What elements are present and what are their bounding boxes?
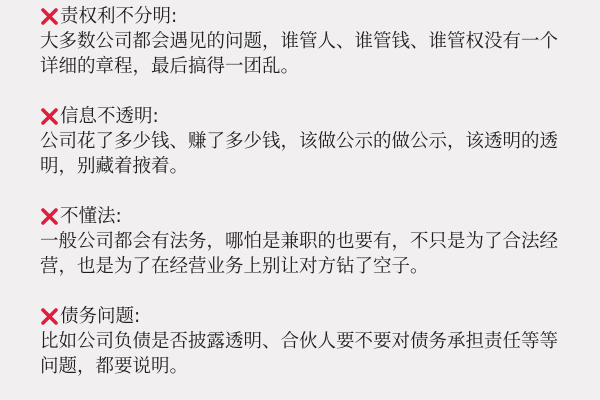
section-information: 信息不透明: 公司花了多少钱、赚了多少钱，该做公示的做公示，该透明的透 明，别藏… <box>40 104 600 179</box>
section-heading: 信息不透明: <box>40 104 600 129</box>
section-title: 不懂法: <box>60 204 122 229</box>
cross-mark-icon <box>40 107 59 126</box>
cross-mark-icon <box>40 307 59 326</box>
section-heading: 责权利不分明: <box>40 4 600 29</box>
body-line: 公司花了多少钱、赚了多少钱，该做公示的做公示，该透明的透 <box>40 129 568 154</box>
section-body: 大多数公司都会遇见的问题，谁管人、谁管钱、谁管权没有一个 详细的章程，最后搞得一… <box>40 29 568 79</box>
body-line: 比如公司负债是否披露透明、合伙人要不要对债务承担责任等等 <box>40 329 568 354</box>
section-responsibility: 责权利不分明: 大多数公司都会遇见的问题，谁管人、谁管钱、谁管权没有一个 详细的… <box>40 4 600 79</box>
body-line: 一般公司都会有法务，哪怕是兼职的也要有，不只是为了合法经 <box>40 229 568 254</box>
section-title: 信息不透明: <box>60 104 159 129</box>
section-body: 比如公司负债是否披露透明、合伙人要不要对债务承担责任等等 问题，都要说明。 <box>40 329 568 379</box>
section-heading: 不懂法: <box>40 204 600 229</box>
section-title: 债务问题: <box>60 304 140 329</box>
section-heading: 债务问题: <box>40 304 600 329</box>
section-body: 一般公司都会有法务，哪怕是兼职的也要有，不只是为了合法经 营，也是为了在经营业务… <box>40 229 568 279</box>
body-line: 详细的章程，最后搞得一团乱。 <box>40 54 568 79</box>
section-law: 不懂法: 一般公司都会有法务，哪怕是兼职的也要有，不只是为了合法经 营，也是为了… <box>40 204 600 279</box>
body-line: 明，别藏着掖着。 <box>40 154 568 179</box>
body-line: 问题，都要说明。 <box>40 354 568 379</box>
cross-mark-icon <box>40 207 59 226</box>
document-page: 责权利不分明: 大多数公司都会遇见的问题，谁管人、谁管钱、谁管权没有一个 详细的… <box>0 0 600 400</box>
section-body: 公司花了多少钱、赚了多少钱，该做公示的做公示，该透明的透 明，别藏着掖着。 <box>40 129 568 179</box>
body-line: 大多数公司都会遇见的问题，谁管人、谁管钱、谁管权没有一个 <box>40 29 568 54</box>
cross-mark-icon <box>40 7 59 26</box>
section-debt: 债务问题: 比如公司负债是否披露透明、合伙人要不要对债务承担责任等等 问题，都要… <box>40 304 600 379</box>
body-line: 营，也是为了在经营业务上别让对方钻了空子。 <box>40 254 568 279</box>
section-title: 责权利不分明: <box>60 4 177 29</box>
